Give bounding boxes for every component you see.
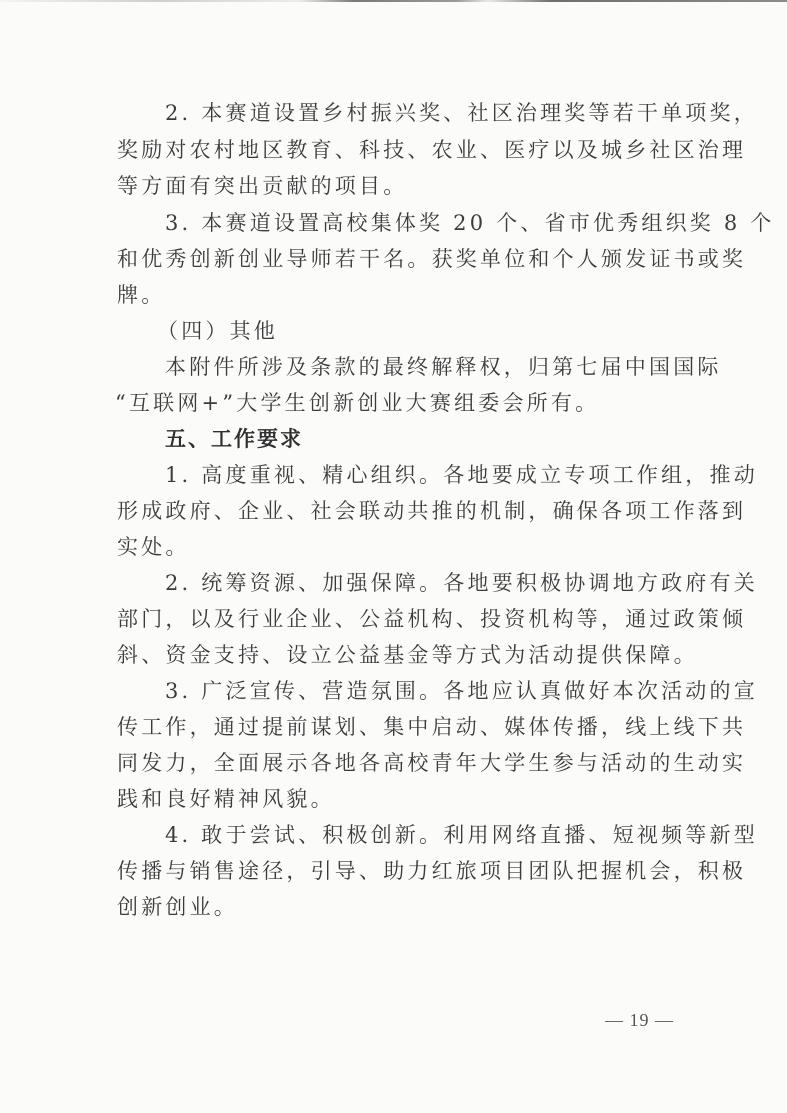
award-item-3-line-2: 和优秀创新创业导师若干名。获奖单位和个人颁发证书或奖 — [117, 246, 746, 272]
requirement-1-line-1: 1. 高度重视、精心组织。各地要成立专项工作组，推动 — [165, 462, 758, 488]
requirement-2-line-2: 部门，以及行业企业、公益机构、投资机构等，通过政策倾 — [117, 606, 746, 632]
page-number: — 19 — — [605, 1010, 674, 1031]
requirement-1-line-3: 实处。 — [117, 534, 190, 560]
award-item-2-line-2: 奖励对农村地区教育、科技、农业、医疗以及城乡社区治理 — [117, 137, 746, 163]
scan-top-edge — [0, 0, 787, 2]
section-title-work-requirements: 五、工作要求 — [165, 426, 303, 452]
other-clause-line-1: 本附件所涉及条款的最终解释权，归第七届中国国际 — [165, 354, 722, 380]
other-clause-line-2: “互联网+”大学生创新创业大赛组委会所有。 — [115, 390, 599, 416]
subsection-title-other: （四）其他 — [157, 318, 278, 344]
requirement-3-line-4: 践和良好精神风貌。 — [117, 786, 335, 812]
requirement-3-line-1: 3. 广泛宣传、营造氛围。各地应认真做好本次活动的宣 — [165, 678, 758, 704]
requirement-3-line-3: 同发力，全面展示各地各高校青年大学生参与活动的生动实 — [117, 750, 746, 776]
award-item-2-line-3: 等方面有突出贡献的项目。 — [117, 173, 407, 199]
requirement-4-line-3: 创新创业。 — [117, 894, 238, 920]
requirement-4-line-2: 传播与销售途径，引导、助力红旅项目团队把握机会，积极 — [117, 858, 746, 884]
requirement-4-line-1: 4. 敢于尝试、积极创新。利用网络直播、短视频等新型 — [165, 822, 758, 848]
requirement-2-line-1: 2. 统筹资源、加强保障。各地要积极协调地方政府有关 — [165, 570, 758, 596]
requirement-3-line-2: 传工作，通过提前谋划、集中启动、媒体传播，线上线下共 — [117, 714, 746, 740]
award-item-3-line-3: 牌。 — [117, 282, 165, 308]
award-item-3-line-1: 3. 本赛道设置高校集体奖 20 个、省市优秀组织奖 8 个 — [165, 210, 775, 236]
requirement-2-line-3: 斜、资金支持、设立公益基金等方式为活动提供保障。 — [117, 642, 698, 668]
award-item-2-line-1: 2. 本赛道设置乡村振兴奖、社区治理奖等若干单项奖， — [165, 100, 758, 126]
requirement-1-line-2: 形成政府、企业、社会联动共推的机制，确保各项工作落到 — [117, 498, 746, 524]
